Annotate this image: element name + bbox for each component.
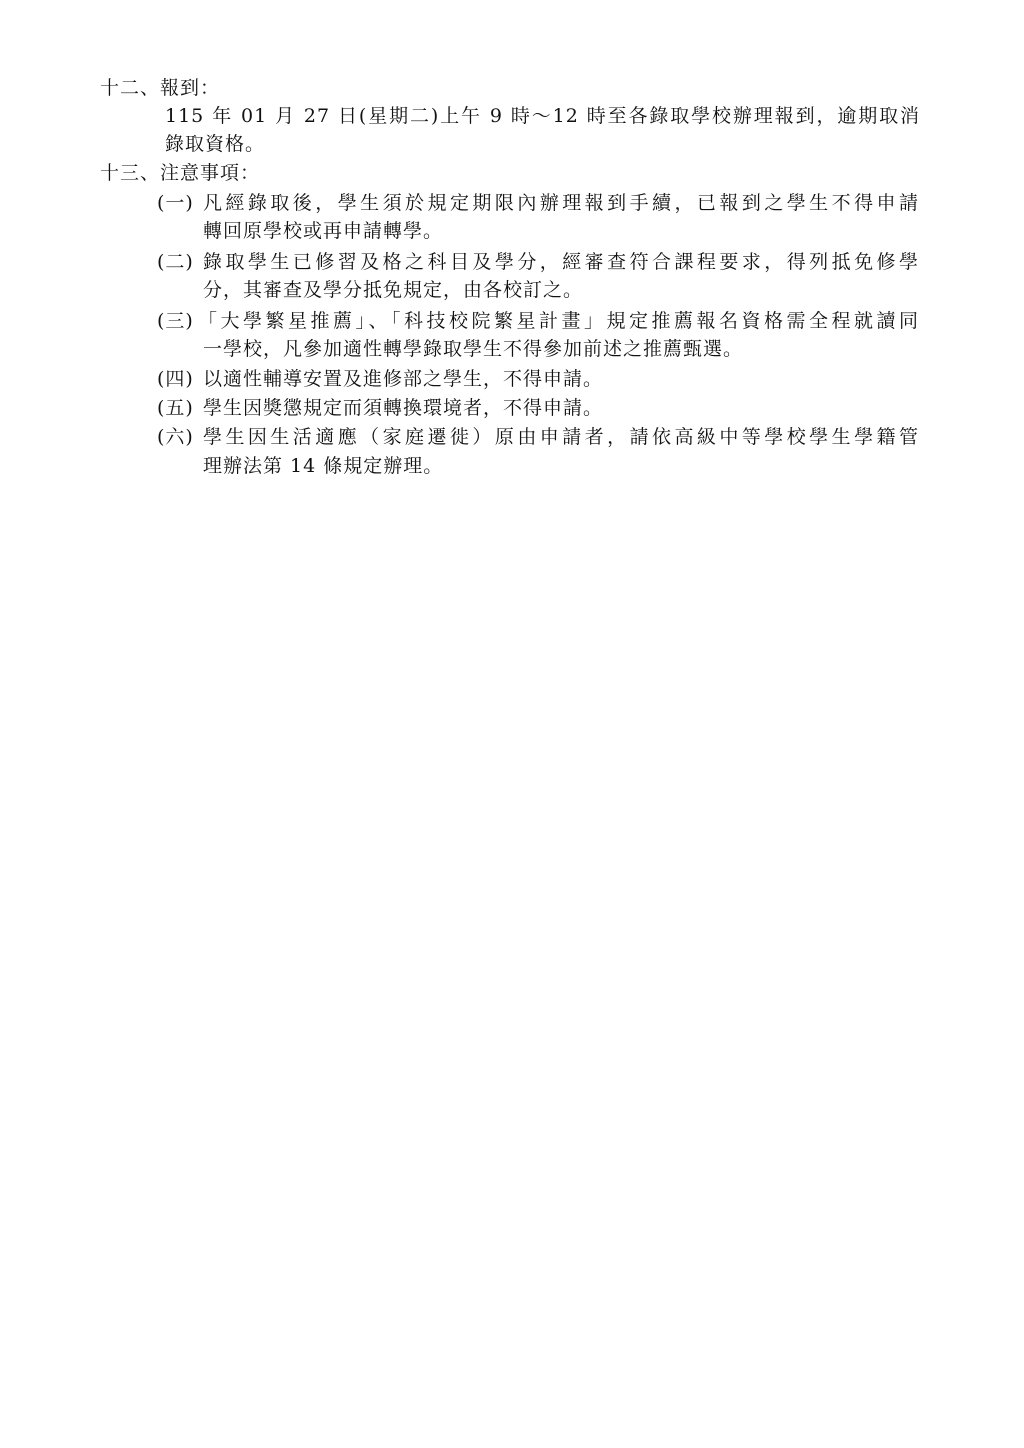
note-item-2-line-2: 分，其審查及學分抵免規定，由各校訂之。	[203, 276, 583, 305]
note-item-6-line-1: 學生因生活適應（家庭遷徙）原由申請者，請依高級中等學校學生學籍管	[203, 423, 919, 452]
registration-text-line-2: 錄取資格。	[165, 130, 265, 159]
note-item-1-line-1: 凡經錄取後，學生須於規定期限內辦理報到手續，已報到之學生不得申請	[203, 189, 919, 218]
note-item-label: (二)	[157, 251, 194, 273]
section-heading-registration: 十二、報到：	[100, 74, 220, 103]
note-item-3-line-1: 「大學繁星推薦」、「科技校院繁星計畫」規定推薦報名資格需全程就讀同	[198, 307, 919, 336]
note-item-1: (一)	[157, 189, 194, 218]
note-item-label: (五)	[157, 397, 194, 419]
note-item-3-line-2: 一學校，凡參加適性轉學錄取學生不得參加前述之推薦甄選。	[203, 335, 743, 364]
registration-text-line-1: 115 年 01 月 27 日(星期二)上午 9 時～12 時至各錄取學校辦理報…	[165, 102, 920, 131]
note-item-4-line-1: 以適性輔導安置及進修部之學生，不得申請。	[203, 365, 603, 394]
note-item-6-line-2: 理辦法第 14 條規定辦理。	[203, 452, 443, 481]
note-item-5-line-1: 學生因獎懲規定而須轉換環境者，不得申請。	[203, 394, 603, 423]
note-item-6: (六)	[157, 423, 194, 452]
section-heading-notes: 十三、注意事項：	[100, 159, 260, 188]
note-item-label: (三)	[157, 310, 194, 332]
note-item-2: (二)	[157, 248, 194, 277]
note-item-label: (一)	[157, 192, 194, 214]
document-page: 十二、報到： 115 年 01 月 27 日(星期二)上午 9 時～12 時至各…	[0, 0, 1024, 1448]
note-item-5: (五)	[157, 394, 194, 423]
note-item-label: (六)	[157, 426, 194, 448]
note-item-label: (四)	[157, 368, 194, 390]
note-item-1-line-2: 轉回原學校或再申請轉學。	[203, 217, 443, 246]
note-item-2-line-1: 錄取學生已修習及格之科目及學分，經審查符合課程要求，得列抵免修學	[203, 248, 919, 277]
note-item-4: (四)	[157, 365, 194, 394]
note-item-3: (三)	[157, 307, 194, 336]
